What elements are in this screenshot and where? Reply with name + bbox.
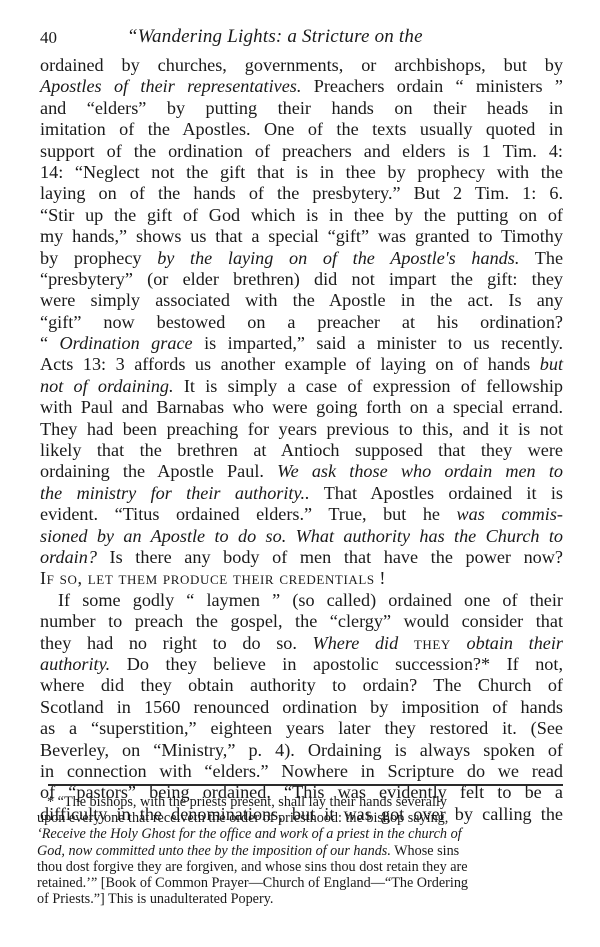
text-run: of Priests.”] This is unadulterated Pope…	[37, 891, 273, 907]
body-line: laying on of the hands of the presbytery…	[40, 183, 563, 204]
footnote-line: thou dost forgive they are forgiven, and…	[37, 859, 563, 875]
body-line: support of the ordination of preachers a…	[40, 141, 563, 162]
text-run: It is simply a case of expression of fel…	[174, 376, 563, 396]
body-line: where did they obtain authority to ordai…	[40, 675, 563, 696]
italic-text: not of ordaining.	[40, 376, 174, 396]
body-line: the ministry for their authority.. That …	[40, 483, 563, 504]
body-line: If so, let them produce their credential…	[40, 568, 563, 589]
text-run: in connection with “elders.” Nowhere in …	[40, 761, 563, 781]
text-run: They had been preaching for years previo…	[40, 419, 563, 439]
italic-text: God, now committed unto thee by the impo…	[37, 843, 391, 859]
body-line: ordaining the Apostle Paul. We ask those…	[40, 461, 563, 482]
text-run: “Stir up the gift of God which is in the…	[40, 205, 563, 225]
italic-text: but	[540, 354, 563, 374]
text-run: Preachers ordain “ ministers ”	[301, 76, 563, 96]
body-line: Acts 13: 3 affords us another example of…	[40, 354, 563, 375]
text-run: Whose sins	[391, 843, 459, 859]
text-run: Beverley, on “Ministry,” p. 4). Ordainin…	[40, 740, 563, 760]
body-line: “gift” now bestowed on a preacher at his…	[40, 312, 563, 333]
footnote-line: ‘Receive the Holy Ghost for the office a…	[37, 826, 563, 842]
text-run: by prophecy	[40, 248, 157, 268]
text-run: * “The bishops, with the priests present…	[47, 794, 447, 810]
footnote-line: of Priests.”] This is unadulterated Pope…	[37, 891, 563, 907]
page-number: 40	[40, 28, 57, 48]
text-run: number to preach the gospel, the “clergy…	[40, 611, 563, 631]
body-line: and “elders” by putting their hands on t…	[40, 98, 563, 119]
footnote-line: retained.’” [Book of Common Prayer—Churc…	[37, 875, 563, 891]
body-line: They had been preaching for years previo…	[40, 419, 563, 440]
body-line: were simply associated with the Apostle …	[40, 290, 563, 311]
footnote-line: upon every one that receiveth the order …	[37, 810, 563, 826]
body-line: imitation of the Apostles. One of the te…	[40, 119, 563, 140]
text-run: where did they obtain authority to ordai…	[40, 675, 563, 695]
text-run: Is there any body of men that have the p…	[97, 547, 563, 567]
body-line: ordain? Is there any body of men that ha…	[40, 547, 563, 568]
italic-text: Apostles of their representatives.	[40, 76, 301, 96]
body-line: evident. “Titus ordained elders.” True, …	[40, 504, 563, 525]
text-run: “	[40, 333, 60, 353]
footnote-line: * “The bishops, with the priests present…	[37, 794, 563, 810]
body-line: If some godly “ laymen ” (so called) ord…	[40, 590, 563, 611]
text-run: retained.’” [Book of Common Prayer—Churc…	[37, 875, 468, 891]
text-run: Acts 13: 3 affords us another example of…	[40, 354, 540, 374]
body-line: Apostles of their representatives. Preac…	[40, 76, 563, 97]
text-run: likely that the brethren at Antioch supp…	[40, 440, 563, 460]
body-line: ordained by churches, governments, or ar…	[40, 55, 563, 76]
text-run: thou dost forgive they are forgiven, and…	[37, 859, 468, 875]
body-line: authority. Do they believe in apostolic …	[40, 654, 563, 675]
body-line: sioned by an Apostle to do so. What auth…	[40, 526, 563, 547]
body-line: not of ordaining. It is simply a case of…	[40, 376, 563, 397]
text-run: “presbytery” (or elder brethren) did not…	[40, 269, 563, 289]
italic-text: ‘Receive the Holy Ghost for the office a…	[37, 826, 462, 842]
body-line: my hands,” shows us that a special “gift…	[40, 226, 563, 247]
body-line: “Stir up the gift of God which is in the…	[40, 205, 563, 226]
text-run: “gift” now bestowed on a preacher at his…	[40, 312, 563, 332]
text-run: Scotland in 1560 renounced ordination by…	[40, 697, 563, 717]
italic-text: authority.	[40, 654, 110, 674]
body-line: in connection with “elders.” Nowhere in …	[40, 761, 563, 782]
body-line: they had no right to do so. Where did th…	[40, 633, 563, 654]
italic-text: sioned by an Apostle to do so. What auth…	[40, 526, 563, 546]
italic-text: ordain?	[40, 547, 97, 567]
body-line: likely that the brethren at Antioch supp…	[40, 440, 563, 461]
body-line: Scotland in 1560 renounced ordination by…	[40, 697, 563, 718]
text-run: evident. “Titus ordained elders.” True, …	[40, 504, 457, 524]
small-caps-text: they	[414, 633, 451, 653]
body-text: ordained by churches, governments, or ar…	[40, 55, 563, 825]
text-run: as a “superstition,” eighteen years late…	[40, 718, 563, 738]
text-run: Do they believe in apostolic succession?…	[110, 654, 563, 674]
small-caps-text: If so, let them produce their credential…	[40, 568, 375, 588]
running-head: 40 “Wandering Lights: a Stricture on the	[40, 26, 563, 50]
italic-text: We ask those who ordain men to	[277, 461, 563, 481]
italic-text: the ministry for their authority..	[40, 483, 310, 503]
text-run: The	[519, 248, 563, 268]
body-line: by prophecy by the laying on of the Apos…	[40, 248, 563, 269]
body-line: as a “superstition,” eighteen years late…	[40, 718, 563, 739]
text-run: were simply associated with the Apostle …	[40, 290, 563, 310]
running-title: “Wandering Lights: a Stricture on the	[127, 26, 423, 48]
text-run: ordaining the Apostle Paul.	[40, 461, 277, 481]
italic-text: obtain their	[451, 633, 563, 653]
text-run: That Apostles ordained it is	[310, 483, 563, 503]
text-run: upon every one that receiveth the order …	[37, 810, 448, 826]
body-line: Beverley, on “Ministry,” p. 4). Ordainin…	[40, 740, 563, 761]
footnote-line: God, now committed unto thee by the impo…	[37, 843, 563, 859]
italic-text: Where did	[313, 633, 414, 653]
footnote-rule	[48, 784, 563, 786]
italic-text: Ordination grace	[60, 333, 193, 353]
text-run: If some godly “ laymen ” (so called) ord…	[58, 590, 563, 610]
text-run: imitation of the Apostles. One of the te…	[40, 119, 563, 139]
text-run: laying on of the hands of the presbytery…	[40, 183, 563, 203]
text-run: !	[375, 568, 386, 588]
body-line: with Paul and Barnabas who were going fo…	[40, 397, 563, 418]
body-line: 14: “Neglect not the gift that is in the…	[40, 162, 563, 183]
text-run: with Paul and Barnabas who were going fo…	[40, 397, 563, 417]
body-line: number to preach the gospel, the “clergy…	[40, 611, 563, 632]
footnote: * “The bishops, with the priests present…	[37, 794, 563, 907]
italic-text: was commis-	[457, 504, 563, 524]
text-run: is imparted,” said a minister to us rece…	[193, 333, 563, 353]
text-run: they had no right to do so.	[40, 633, 313, 653]
body-line: “ Ordination grace is imparted,” said a …	[40, 333, 563, 354]
text-run: support of the ordination of preachers a…	[40, 141, 563, 161]
text-run: and “elders” by putting their hands on t…	[40, 98, 563, 118]
text-run: my hands,” shows us that a special “gift…	[40, 226, 563, 246]
body-line: “presbytery” (or elder brethren) did not…	[40, 269, 563, 290]
text-run: 14: “Neglect not the gift that is in the…	[40, 162, 563, 182]
text-run: ordained by churches, governments, or ar…	[40, 55, 563, 75]
italic-text: by the laying on of the Apostle's hands.	[157, 248, 519, 268]
book-page: 40 “Wandering Lights: a Stricture on the…	[0, 0, 600, 947]
